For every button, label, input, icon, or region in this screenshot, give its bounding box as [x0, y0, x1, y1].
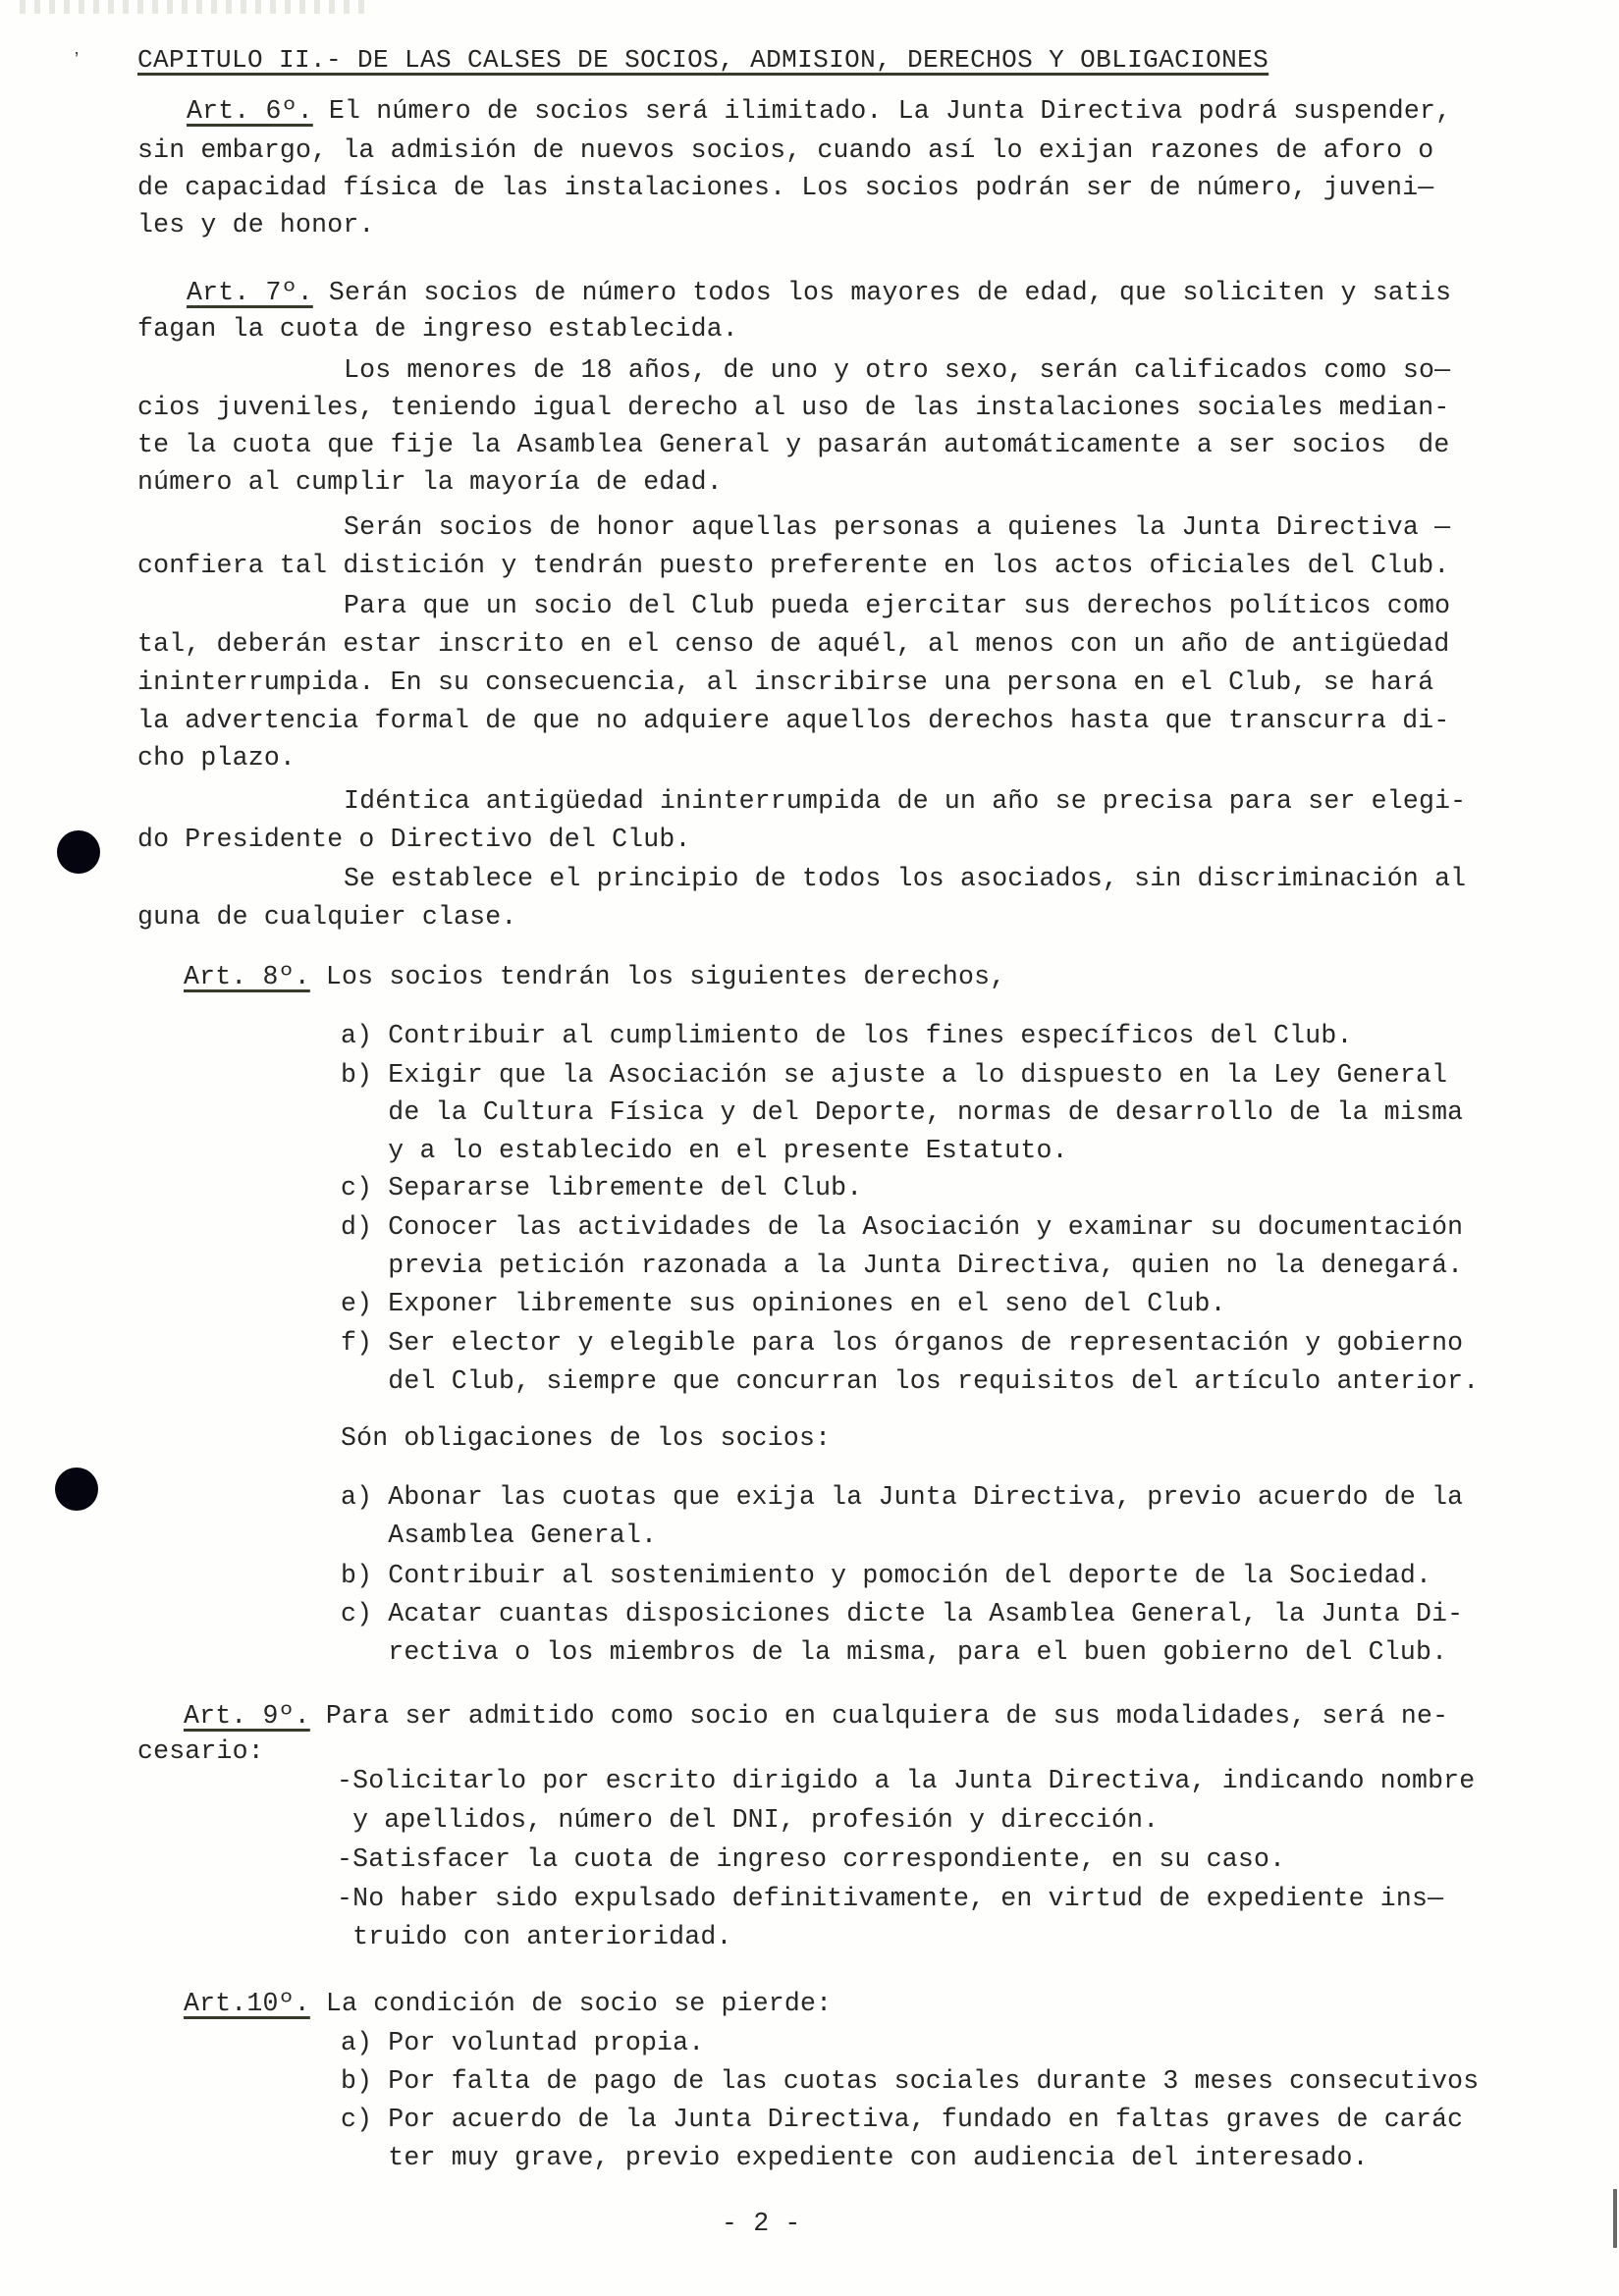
- article-text: la advertencia formal de que no adquiere…: [137, 706, 1450, 735]
- right-item: y a lo establecido en el presente Estatu…: [341, 1136, 1068, 1165]
- article-label: Art.10º.: [184, 1989, 310, 2018]
- punch-hole-icon: [57, 830, 100, 874]
- article-label: Art. 6º.: [187, 96, 313, 126]
- requirement-item: -Solicitarlo por escrito dirigido a la J…: [337, 1766, 1475, 1795]
- right-item: b) Exigir que la Asociación se ajuste a …: [341, 1060, 1447, 1090]
- article-text: confiera tal distición y tendrán puesto …: [137, 551, 1450, 580]
- requirement-item: truido con anterioridad.: [337, 1922, 732, 1951]
- article-text: Serán socios de número todos los mayores…: [313, 278, 1451, 307]
- article-text: do Presidente o Directivo del Club.: [137, 825, 691, 854]
- article-text: les y de honor.: [137, 210, 375, 240]
- requirement-item: -No haber sido expulsado definitivamente…: [337, 1884, 1443, 1913]
- right-item: previa petición razonada a la Junta Dire…: [341, 1251, 1463, 1280]
- article-text: Idéntica antigüedad ininterrumpida de un…: [344, 786, 1466, 816]
- scan-noise: [20, 0, 373, 14]
- punch-hole-icon: [55, 1468, 98, 1511]
- article-text: te la cuota que fije la Asamblea General…: [137, 430, 1450, 459]
- article-text: El número de socios será ilimitado. La J…: [313, 96, 1451, 126]
- cause-item: b) Por falta de pago de las cuotas socia…: [341, 2066, 1479, 2096]
- article-text: Se establece el principio de todos los a…: [344, 864, 1466, 893]
- article-9-first-line: Art. 9º. Para ser admitido como socio en…: [184, 1701, 1448, 1731]
- article-text: Los menores de 18 años, de uno y otro se…: [344, 355, 1450, 385]
- obligation-item: a) Abonar las cuotas que exija la Junta …: [341, 1482, 1463, 1512]
- obligation-item: b) Contribuir al sostenimiento y pomoció…: [341, 1561, 1431, 1590]
- right-item: f) Ser elector y elegible para los órgan…: [341, 1328, 1463, 1358]
- article-text: cios juveniles, teniendo igual derecho a…: [137, 393, 1450, 422]
- chapter-title: CAPITULO II.- DE LAS CALSES DE SOCIOS, A…: [137, 45, 1268, 75]
- obligation-item: Asamblea General.: [341, 1521, 657, 1550]
- article-7-first-line: Art. 7º. Serán socios de número todos lo…: [187, 278, 1451, 307]
- article-label: Art. 9º.: [184, 1701, 310, 1731]
- article-text: de capacidad física de las instalaciones…: [137, 173, 1433, 202]
- requirement-item: y apellidos, número del DNI, profesión y…: [337, 1805, 1159, 1835]
- obligation-item: rectiva o los miembros de la misma, para…: [341, 1637, 1447, 1667]
- article-8-first-line: Art. 8º. Los socios tendrán los siguient…: [184, 962, 1005, 991]
- obligations-heading: Són obligaciones de los socios:: [341, 1423, 831, 1453]
- obligation-item: c) Acatar cuantas disposiciones dicte la…: [341, 1599, 1463, 1629]
- article-text: ininterrumpida. En su consecuencia, al i…: [137, 667, 1433, 697]
- article-text: cesario:: [137, 1736, 264, 1766]
- requirement-item: -Satisfacer la cuota de ingreso correspo…: [337, 1844, 1285, 1874]
- article-label: Art. 8º.: [184, 962, 310, 991]
- article-text: tal, deberán estar inscrito en el censo …: [137, 629, 1450, 659]
- right-item: e) Exponer libremente sus opiniones en e…: [341, 1289, 1226, 1318]
- article-text: Serán socios de honor aquellas personas …: [344, 512, 1450, 542]
- right-item: a) Contribuir al cumplimiento de los fin…: [341, 1021, 1353, 1050]
- article-text: sin embargo, la admisión de nuevos socio…: [137, 135, 1433, 165]
- article-text: Para ser admitido como socio en cualquie…: [310, 1701, 1448, 1731]
- cause-item: c) Por acuerdo de la Junta Directiva, fu…: [341, 2105, 1463, 2134]
- article-text: fagan la cuota de ingreso establecida.: [137, 314, 738, 344]
- right-item: de la Cultura Física y del Deporte, norm…: [341, 1097, 1463, 1127]
- article-text: Para que un socio del Club pueda ejercit…: [344, 591, 1450, 620]
- article-text: guna de cualquier clase.: [137, 902, 516, 932]
- right-item: del Club, siempre que concurran los requ…: [341, 1366, 1479, 1396]
- article-text: La condición de socio se pierde:: [310, 1989, 832, 2018]
- cause-item: a) Por voluntad propia.: [341, 2028, 704, 2057]
- article-10-first-line: Art.10º. La condición de socio se pierde…: [184, 1989, 832, 2018]
- article-6-first-line: Art. 6º. El número de socios será ilimit…: [187, 96, 1451, 126]
- document-page: ʼ CAPITULO II.- DE LAS CALSES DE SOCIOS,…: [0, 0, 1619, 2296]
- page-number: - 2 -: [722, 2209, 801, 2238]
- article-label: Art. 7º.: [187, 278, 313, 307]
- article-text: número al cumplir la mayoría de edad.: [137, 467, 723, 497]
- scan-edge-mark: [1613, 2189, 1617, 2248]
- article-text: Los socios tendrán los siguientes derech…: [310, 962, 1006, 991]
- cause-item: ter muy grave, previo expediente con aud…: [341, 2143, 1369, 2172]
- stray-mark: ʼ: [71, 51, 82, 74]
- article-text: cho plazo.: [137, 743, 296, 773]
- right-item: d) Conocer las actividades de la Asociac…: [341, 1212, 1463, 1242]
- right-item: c) Separarse libremente del Club.: [341, 1173, 862, 1202]
